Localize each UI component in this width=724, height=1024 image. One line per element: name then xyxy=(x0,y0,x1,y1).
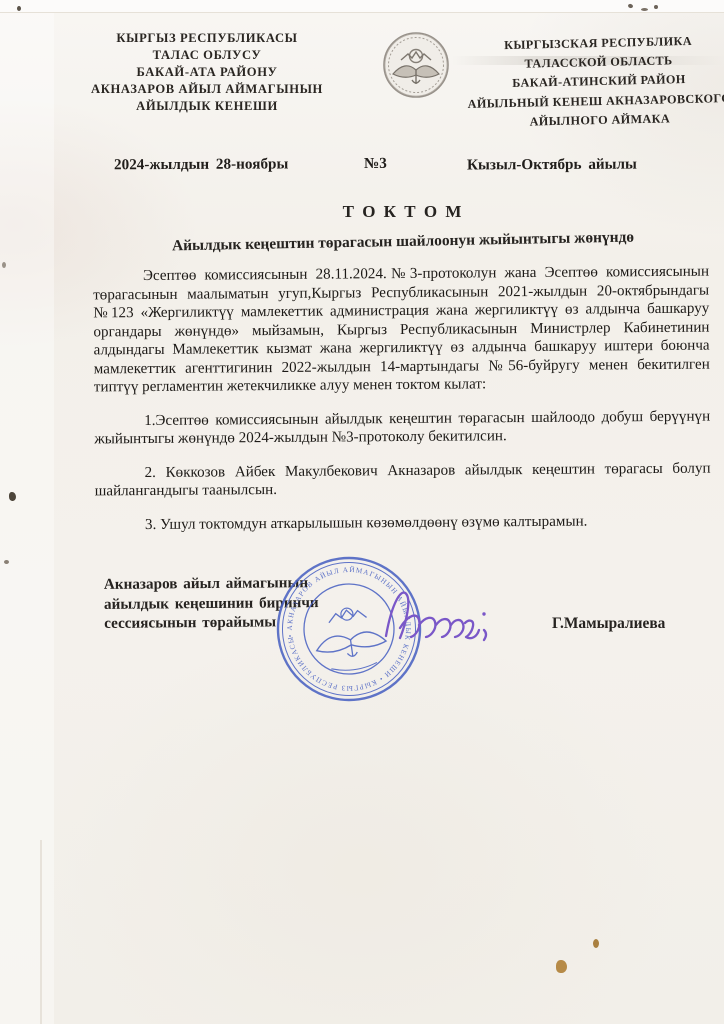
header-line: БАКАЙ-АТА РАЙОНУ xyxy=(56,64,358,81)
scan-edge-strip xyxy=(0,0,724,13)
scanned-document-page: КЫРГЫЗ РЕСПУБЛИКАСЫ ТАЛАС ОБЛУСУ БАКАЙ-А… xyxy=(0,0,724,1024)
scan-speck xyxy=(4,560,9,564)
header-russian-block: КЫРГЫЗСКАЯ РЕСПУБЛИКА ТАЛАССКОЙ ОБЛАСТЬ … xyxy=(459,31,724,133)
paper-stain xyxy=(556,960,567,973)
paper-stain xyxy=(593,939,599,948)
header-line: АКНАЗАРОВ АЙЫЛ АЙМАГЫНЫН xyxy=(56,81,358,98)
preamble-paragraph: Эсептөө комиссиясынын 28.11.2024.№3-прот… xyxy=(93,263,710,397)
scan-speck xyxy=(17,6,21,11)
document-title: Т О К Т О М xyxy=(92,202,714,222)
resolution-item-2: 2. Көккозов Айбек Макулбекович Акназаров… xyxy=(95,459,711,501)
scan-speck xyxy=(654,5,658,9)
header-line: ТАЛАС ОБЛУСУ xyxy=(56,47,358,64)
document-body: Эсептөө комиссиясынын 28.11.2024.№3-прот… xyxy=(93,263,711,535)
ink-mark xyxy=(9,492,16,501)
handwritten-signature xyxy=(380,580,510,650)
kyrgyz-coat-of-arms-icon xyxy=(381,30,451,100)
header-kyrgyz-block: КЫРГЫЗ РЕСПУБЛИКАСЫ ТАЛАС ОБЛУСУ БАКАЙ-А… xyxy=(56,30,358,115)
document-number: №3 xyxy=(364,155,387,173)
scan-light-edge xyxy=(0,0,54,1024)
signatory-name: Г.Мамыралиева xyxy=(552,615,665,633)
document-subject: Айылдык кеңештин төрагасын шайлоонун жый… xyxy=(92,227,714,257)
scan-speck xyxy=(2,262,6,268)
document-date: 2024-жылдын 28-ноябры xyxy=(114,155,288,174)
meta-line: 2024-жылдын 28-ноябры №3 Кызыл-Октябрь а… xyxy=(0,153,724,179)
resolution-item-1: 1.Эсептөө комиссиясынын айылдык кеңештин… xyxy=(94,407,710,449)
resolution-item-3: 3. Ушул токтомдун аткарылышын көзөмөлдөө… xyxy=(95,511,711,534)
scan-speck xyxy=(641,8,648,11)
paper-crease xyxy=(40,840,42,1024)
document-place: Кызыл-Октябрь айылы xyxy=(467,156,637,175)
header-line: КЫРГЫЗ РЕСПУБЛИКАСЫ xyxy=(56,30,358,47)
header-line: АЙЫЛДЫК КЕНЕШИ xyxy=(56,98,358,115)
